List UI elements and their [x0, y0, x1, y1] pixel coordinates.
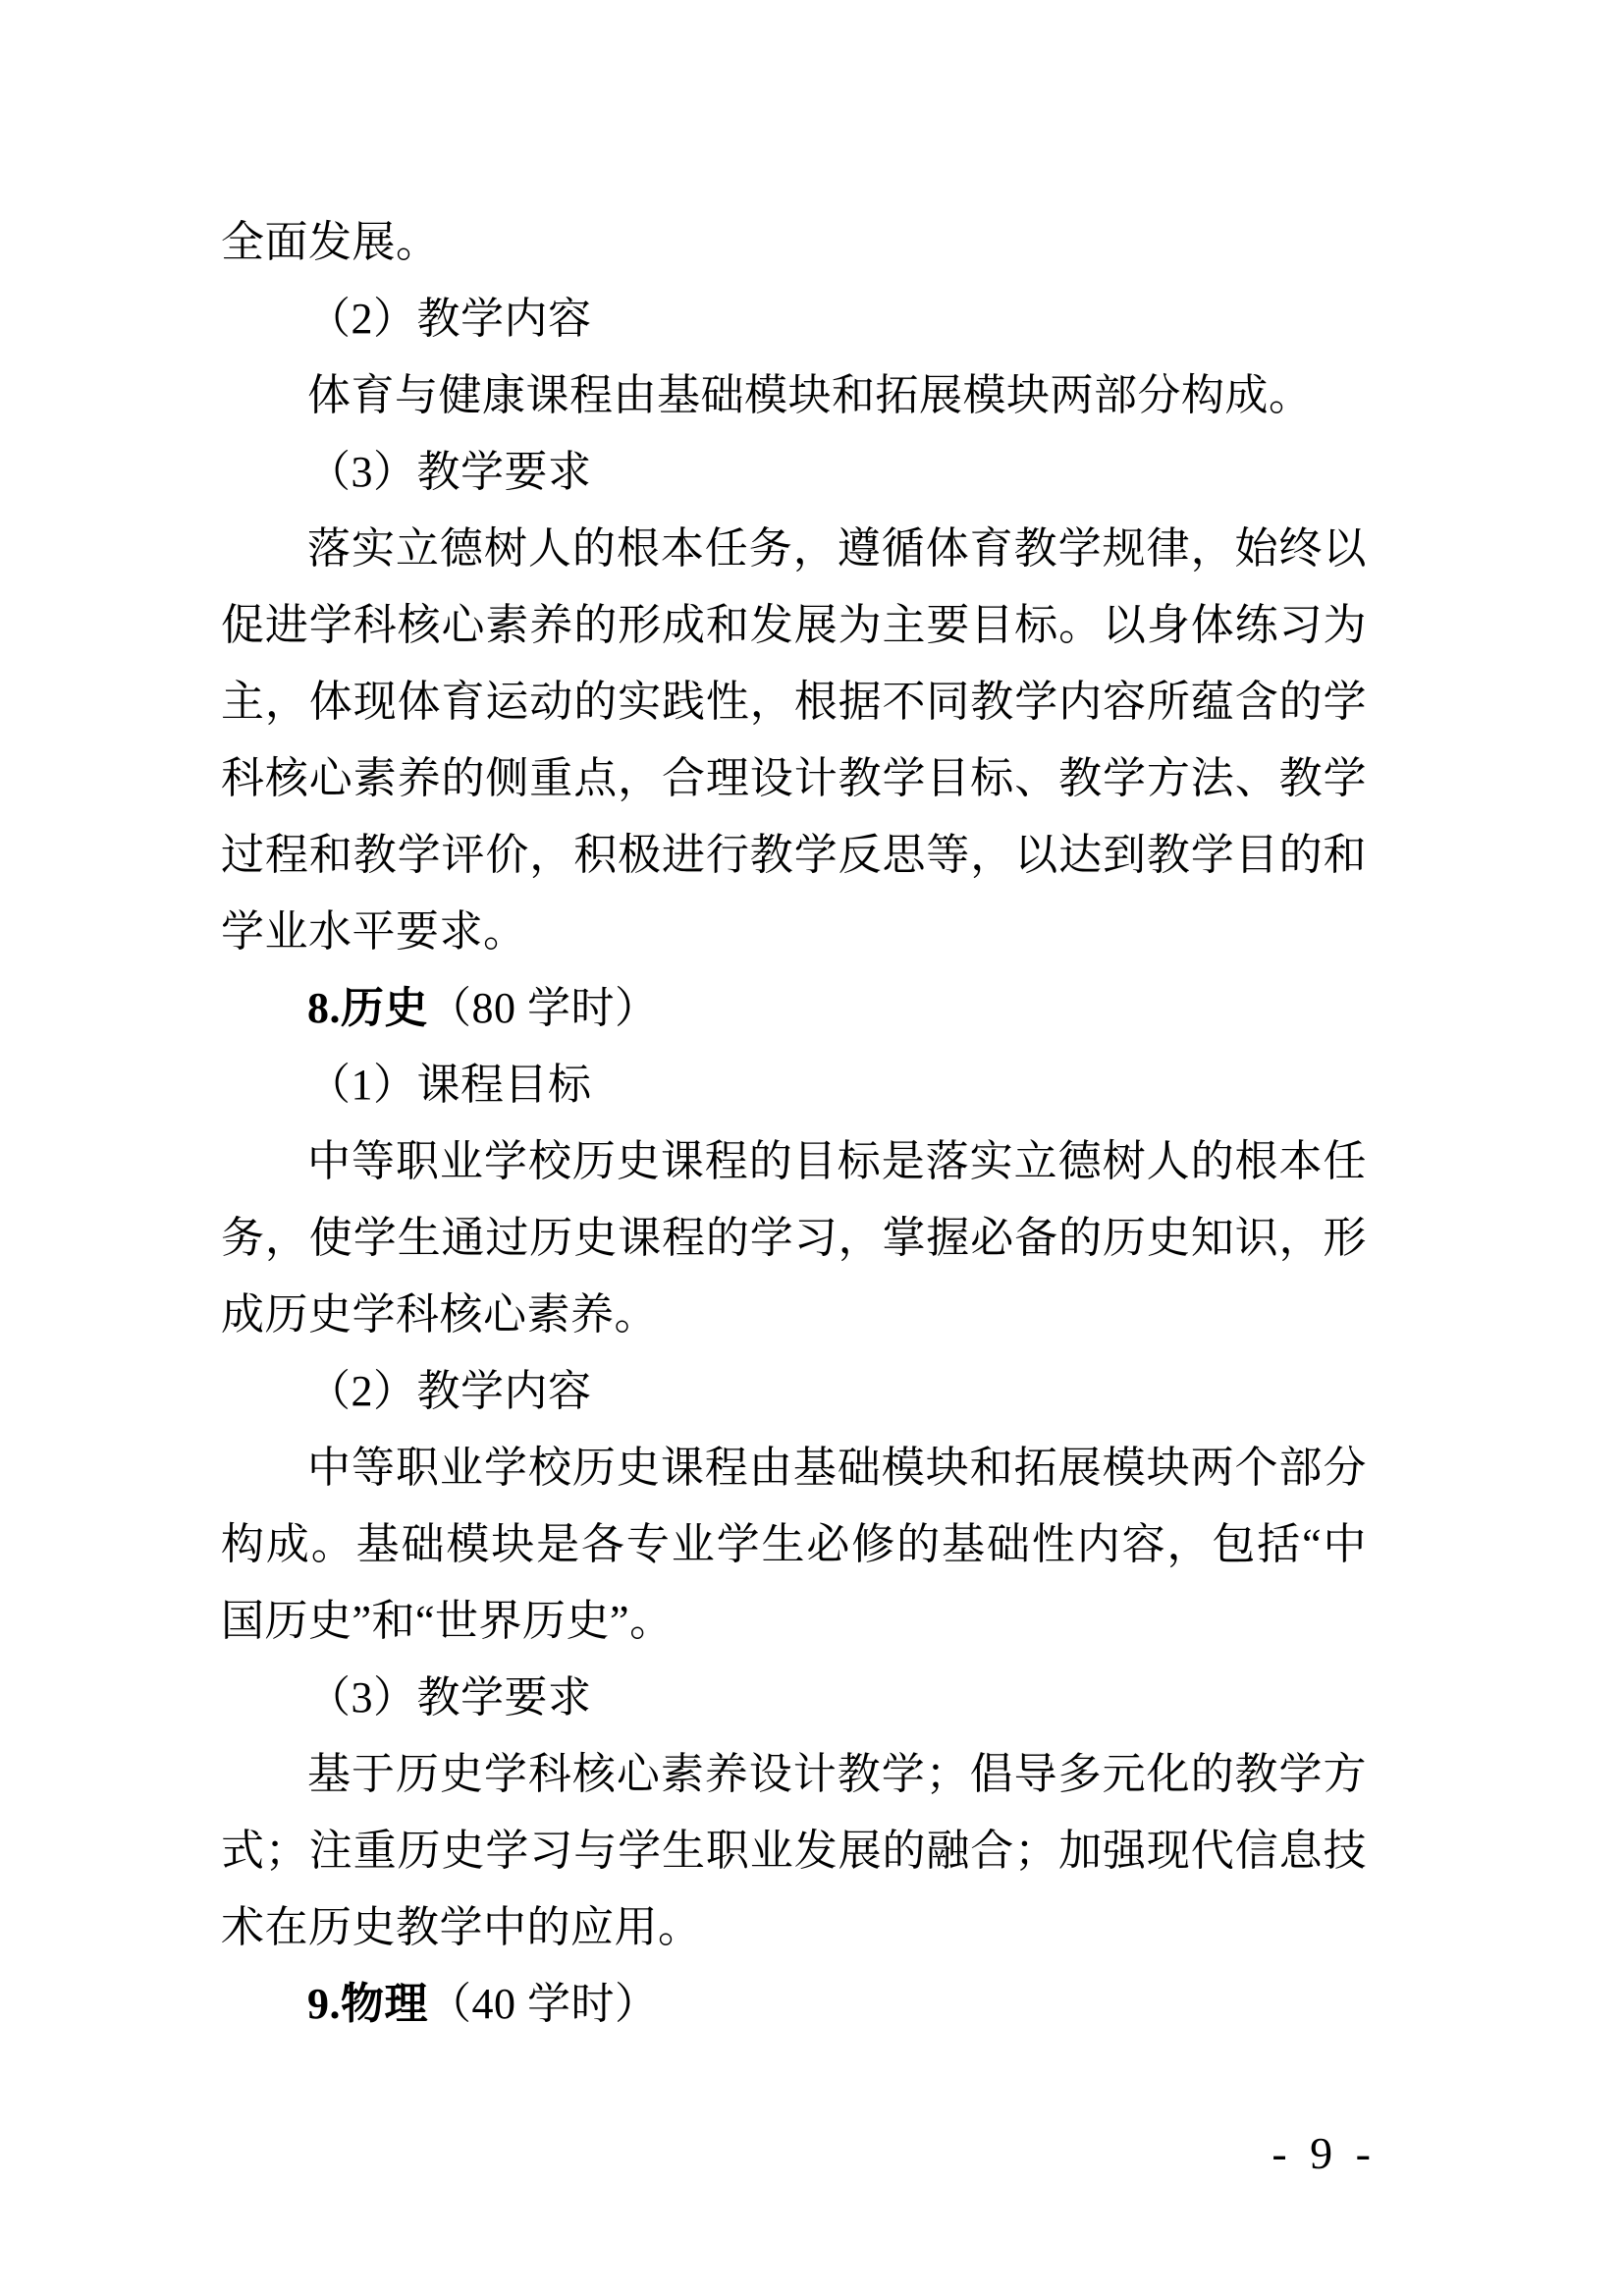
section-heading-physics: 9.物理（40 学时）	[221, 1966, 1367, 2043]
text-line: （3）教学要求	[221, 434, 1367, 511]
text-line: 中等职业学校历史课程由基础模块和拓展模块两个部分	[221, 1430, 1367, 1506]
text-line: 式；注重历史学习与学生职业发展的融合；加强现代信息技	[221, 1813, 1367, 1889]
heading-number-subject: 8.历史	[307, 984, 428, 1032]
text-line: 中等职业学校历史课程的目标是落实立德树人的根本任	[221, 1123, 1367, 1200]
text-line: 科核心素养的侧重点，合理设计教学目标、教学方法、教学	[221, 740, 1367, 817]
text-line: 务，使学生通过历史课程的学习，掌握必备的历史知识，形	[221, 1200, 1367, 1277]
text-line: 过程和教学评价，积极进行教学反思等，以达到教学目的和	[221, 817, 1367, 894]
text-line: （2）教学内容	[221, 281, 1367, 357]
document-page-body: 全面发展。 （2）教学内容 体育与健康课程由基础模块和拓展模块两部分构成。 （3…	[221, 204, 1367, 2043]
text-line: （3）教学要求	[221, 1660, 1367, 1736]
text-line: 全面发展。	[221, 204, 1367, 281]
heading-number-subject: 9.物理	[307, 1980, 428, 2028]
text-line: 成历史学科核心素养。	[221, 1277, 1367, 1353]
text-line: 基于历史学科核心素养设计教学；倡导多元化的教学方	[221, 1736, 1367, 1813]
heading-hours: （40 学时）	[428, 1980, 659, 2028]
text-line: 落实立德树人的根本任务，遵循体育教学规律，始终以	[221, 511, 1367, 587]
text-line: 构成。基础模块是各专业学生必修的基础性内容，包括“中	[221, 1506, 1367, 1583]
text-line: 主，体现体育运动的实践性，根据不同教学内容所蕴含的学	[221, 664, 1367, 740]
text-line: 学业水平要求。	[221, 894, 1367, 970]
text-line: （1）课程目标	[221, 1047, 1367, 1123]
text-line: （2）教学内容	[221, 1353, 1367, 1430]
text-line: 国历史”和“世界历史”。	[221, 1583, 1367, 1660]
text-line: 促进学科核心素养的形成和发展为主要目标。以身体练习为	[221, 587, 1367, 664]
text-line: 术在历史教学中的应用。	[221, 1889, 1367, 1966]
text-line: 体育与健康课程由基础模块和拓展模块两部分构成。	[221, 357, 1367, 434]
heading-hours: （80 学时）	[428, 984, 659, 1032]
page-number: - 9 -	[1271, 2131, 1377, 2176]
section-heading-history: 8.历史（80 学时）	[221, 970, 1367, 1047]
